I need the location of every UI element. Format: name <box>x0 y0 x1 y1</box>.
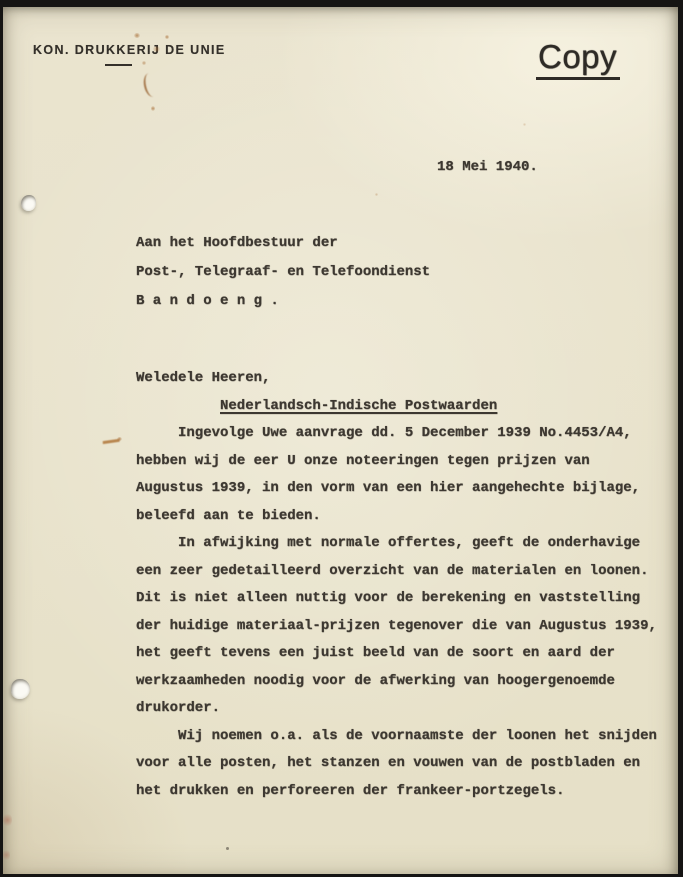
date: 18 Mei 1940. <box>437 159 538 175</box>
rust-stain <box>134 33 140 38</box>
rust-stain <box>101 430 120 444</box>
letter-line: hebben wij de eer U onze noteeringen teg… <box>136 448 657 476</box>
recipient-line: Post-, Telegraaf- en Telefoondienst <box>136 258 430 287</box>
letter-line-text: Wij noemen o.a. als de voornaamste der l… <box>178 728 657 744</box>
letter-paper: KON. DRUKKERIJ DE UNIE Copy 18 Mei 1940.… <box>3 7 678 874</box>
letter-line-text: werkzaamheden noodig voor de afwerking v… <box>136 673 615 689</box>
letter-line-text: het geeft tevens een juist beeld van de … <box>136 645 615 661</box>
copy-stamp: Copy <box>536 38 620 80</box>
recipient-line: Aan het Hoofdbestuur der <box>136 229 430 258</box>
letter-line-text: Augustus 1939, in den vorm van een hier … <box>136 480 640 496</box>
letter-body: Weledele Heeren,Nederlandsch-Indische Po… <box>136 365 657 805</box>
rust-stain <box>151 106 155 111</box>
paper-speck <box>523 123 526 126</box>
letter-line: Weledele Heeren, <box>136 365 657 393</box>
rust-stain <box>165 35 169 39</box>
letter-line: voor alle posten, het stanzen en vouwen … <box>136 750 657 778</box>
letter-line-text: beleefd aan te bieden. <box>136 508 321 524</box>
letterhead: KON. DRUKKERIJ DE UNIE <box>33 43 226 57</box>
punch-hole <box>11 679 30 699</box>
letter-line-text: Ingevolge Uwe aanvrage dd. 5 December 19… <box>178 425 632 441</box>
rust-stain <box>142 61 146 65</box>
punch-hole <box>21 195 36 211</box>
letter-line: In afwijking met normale offertes, geeft… <box>136 530 657 558</box>
recipient-line: B a n d o e n g . <box>136 287 430 316</box>
letter-line: Dit is niet alleen nuttig voor de bereke… <box>136 585 657 613</box>
letter-line: een zeer gedetailleerd overzicht van de … <box>136 558 657 586</box>
letter-line-text: Dit is niet alleen nuttig voor de bereke… <box>136 590 640 606</box>
rust-stain <box>375 193 378 196</box>
letter-line-text: In afwijking met normale offertes, geeft… <box>178 535 640 551</box>
letter-line-text: een zeer gedetailleerd overzicht van de … <box>136 563 648 579</box>
letter-line-text: het drukken en perforeeren der frankeer-… <box>136 783 564 799</box>
letter-line-text: voor alle posten, het stanzen en vouwen … <box>136 755 640 771</box>
letter-line: beleefd aan te bieden. <box>136 503 657 531</box>
letter-line: Wij noemen o.a. als de voornaamste der l… <box>136 723 657 751</box>
letter-line: drukorder. <box>136 695 657 723</box>
letterhead-underline <box>105 64 132 66</box>
letter-line-text: der huidige materiaal-prijzen tegenover … <box>136 618 657 634</box>
letter-line-text: drukorder. <box>136 700 220 716</box>
letter-line: het drukken en perforeeren der frankeer-… <box>136 778 657 806</box>
letter-line: Ingevolge Uwe aanvrage dd. 5 December 19… <box>136 420 657 448</box>
letter-line: werkzaamheden noodig voor de afwerking v… <box>136 668 657 696</box>
subject-underlined-text: Nederlandsch-Indische Postwaarden <box>220 398 497 414</box>
ink-speck <box>226 847 229 850</box>
rust-stain <box>142 72 161 98</box>
letter-line: der huidige materiaal-prijzen tegenover … <box>136 613 657 641</box>
letter-line: het geeft tevens een juist beeld van de … <box>136 640 657 668</box>
edge-smudge <box>3 813 12 827</box>
letter-line-text: Weledele Heeren, <box>136 370 270 386</box>
recipient-block: Aan het Hoofdbestuur der Post-, Telegraa… <box>136 229 430 316</box>
rust-stain <box>117 437 122 441</box>
letter-line: Augustus 1939, in den vorm van een hier … <box>136 475 657 503</box>
letter-line-text: hebben wij de eer U onze noteeringen teg… <box>136 453 590 469</box>
edge-smudge <box>3 849 10 861</box>
scanned-letter-frame: KON. DRUKKERIJ DE UNIE Copy 18 Mei 1940.… <box>0 0 683 877</box>
subject-line: Nederlandsch-Indische Postwaarden <box>136 393 657 421</box>
